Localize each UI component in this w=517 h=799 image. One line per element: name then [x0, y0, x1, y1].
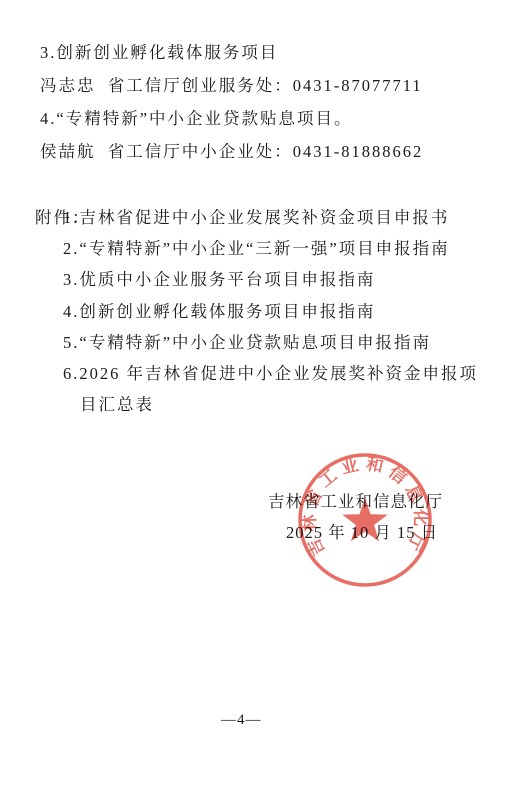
signature-date: 2025 年 10 月 15 日 [286, 524, 438, 543]
official-seal: 吉林省工业和信息化厅 [285, 440, 445, 600]
seal-ring [300, 455, 430, 585]
attachment-item-6-continuation: 目汇总表 [80, 396, 154, 415]
document-page: 3.创新创业孵化载体服务项目 冯志忠 省工信厅创业服务处：0431-870777… [0, 0, 517, 799]
signature-organization: 吉林省工业和信息化厅 [268, 493, 443, 512]
body-line-contact-hou: 侯喆航 省工信厅中小企业处：0431-81888662 [40, 143, 423, 162]
body-line-project-3: 3.创新创业孵化载体服务项目 [40, 44, 278, 63]
attachment-item-3: 3.优质中小企业服务平台项目申报指南 [63, 271, 375, 290]
attachment-item-5: 5.“专精特新”中小企业贷款贴息项目申报指南 [63, 334, 431, 353]
body-line-contact-feng: 冯志忠 省工信厅创业服务处：0431-87077711 [40, 77, 423, 96]
attachment-item-4: 4.创新创业孵化载体服务项目申报指南 [63, 303, 375, 322]
body-line-project-4: 4.“专精特新”中小企业贷款贴息项目。 [40, 110, 353, 129]
attachment-item-6: 6.2026 年吉林省促进中小企业发展奖补资金申报项 [63, 365, 478, 384]
attachment-item-2: 2.“专精特新”中小企业“三新一强”项目申报指南 [63, 240, 450, 259]
attachment-item-1: 1.吉林省促进中小企业发展奖补资金项目申报书 [63, 209, 449, 228]
page-number: —4— [221, 712, 262, 729]
